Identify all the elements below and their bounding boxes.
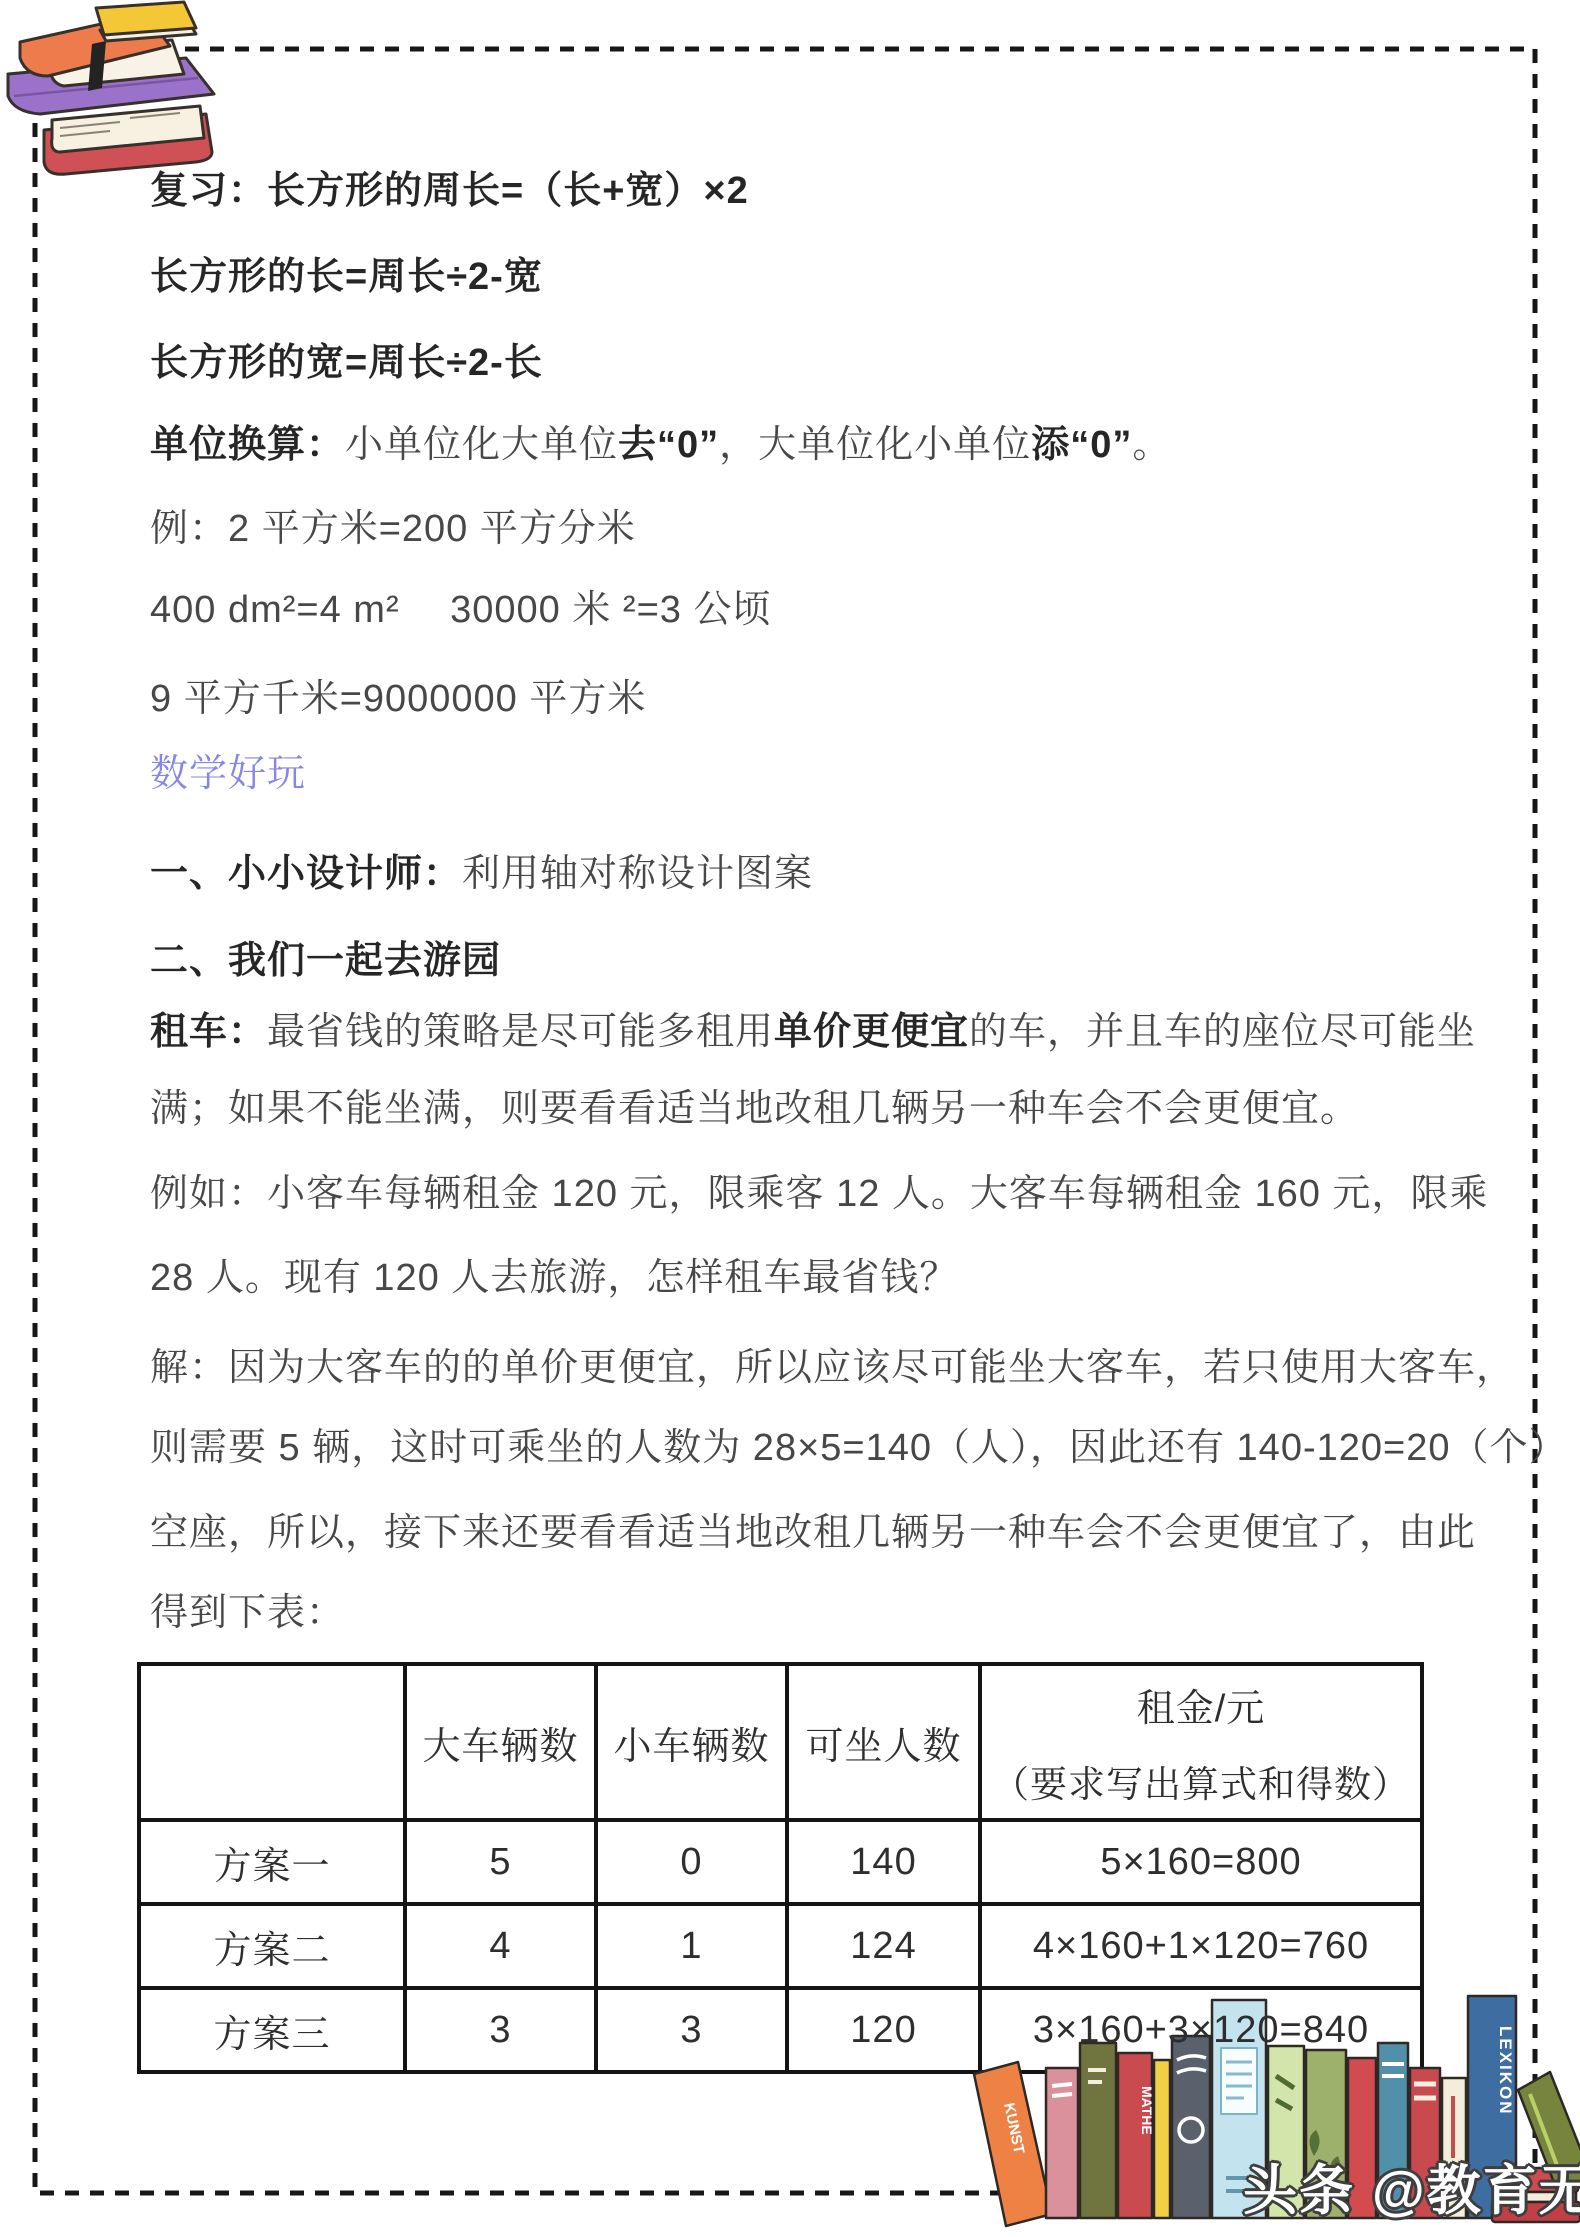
text-line: 解：因为大客车的的单价更便宜，所以应该尽可能坐大客车，若只使用大客车， [150,1344,1515,1392]
text-segment: 单价更便宜 [774,1011,969,1053]
text-line: 得到下表： [150,1589,345,1637]
text-segment: 例：2 平方米=200 平方分米 [150,508,636,550]
text-line: 例：2 平方米=200 平方分米 [150,505,636,553]
text-line: 例如：小客车每辆租金 120 元，限乘客 12 人。大客车每辆租金 160 元，… [150,1170,1488,1218]
text-line: 一、小小设计师：利用轴对称设计图案 [150,850,813,898]
book-spine-label-lexikon: LEXIKON [1496,2026,1515,2116]
text-segment: 400 dm²=4 m² 30000 米 ²=3 公顷 [150,589,771,631]
text-segment: 空座，所以，接下来还要看看适当地改租几辆另一种车会不会更便宜了，由此 [150,1512,1476,1554]
text-line: 空座，所以，接下来还要看看适当地改租几辆另一种车会不会更便宜了，由此 [150,1509,1476,1557]
document-page: 复习：长方形的周长=（长+宽）×2长方形的长=周长÷2-宽长方形的宽=周长÷2-… [0,0,1580,2237]
text-segment: 9 平方千米=9000000 平方米 [150,678,646,720]
text-line: 满；如果不能坐满，则要看看适当地改租几辆另一种车会不会更便宜。 [150,1085,1359,1133]
text-segment: 长方形的长=周长÷2-宽 [150,256,543,298]
text-segment: 例如：小客车每辆租金 120 元，限乘客 12 人。大客车每辆租金 160 元，… [150,1173,1488,1215]
text-line: 28 人。现有 120 人去旅游，怎样租车最省钱？ [150,1254,958,1302]
text-line: 则需要 5 辆，这时可乘坐的人数为 28×5=140（人），因此还有 140-1… [150,1424,1567,1472]
yellow-thin-book [1154,2060,1170,2218]
text-segment: 数学好玩 [150,753,306,795]
text-segment: 添“0” [1031,424,1132,466]
text-segment: 则需要 5 辆，这时可乘坐的人数为 28×5=140（人），因此还有 140-1… [150,1427,1567,1469]
red-mathe-book [1118,2053,1152,2218]
text-line: 数学好玩 [150,750,306,798]
text-segment: 最省钱的策略是尽可能多租用 [267,1011,774,1053]
text-segment: 。 [1132,424,1171,466]
text-line: 长方形的长=周长÷2-宽 [150,253,543,301]
text-segment: 小单位化大单位 [345,424,618,466]
text-line: 400 dm²=4 m² 30000 米 ²=3 公顷 [150,586,771,634]
yellow-book [96,2,196,35]
text-segment: 28 人。现有 120 人去旅游，怎样租车最省钱？ [150,1257,958,1299]
text-segment: 得到下表： [150,1592,345,1634]
text-line: 租车：最省钱的策略是尽可能多租用单价更便宜的车，并且车的座位尽可能坐 [150,1008,1476,1056]
text-segment: ，大单位化小单位 [719,424,1031,466]
watermark: 头条 @教育无垠 [1243,2148,1580,2225]
text-segment: 满；如果不能坐满，则要看看适当地改租几辆另一种车会不会更便宜。 [150,1088,1359,1130]
text-line: 二、我们一起去游园 [150,937,501,985]
text-segment: 解：因为大客车的的单价更便宜，所以应该尽可能坐大客车，若只使用大客车， [150,1347,1515,1389]
text-segment: 长方形的宽=周长÷2-长 [150,342,543,384]
pink-book [1046,2068,1078,2218]
text-line: 9 平方千米=9000000 平方米 [150,675,646,723]
book-stack-illustration [0,0,245,185]
cell-text: 3×160+3×120=840 [1033,2009,1369,2051]
text-segment: 租车： [150,1011,267,1053]
book-spine-label-mathe: MATHE [1139,2086,1155,2135]
text-line: 长方形的宽=周长÷2-长 [150,339,543,387]
text-segment: 单位换算： [150,424,345,466]
text-segment: 二、我们一起去游园 [150,940,501,982]
text-segment: 去“0” [618,424,719,466]
text-segment: 利用轴对称设计图案 [462,853,813,895]
document-lines: 复习：长方形的周长=（长+宽）×2长方形的长=周长÷2-宽长方形的宽=周长÷2-… [0,0,1580,2237]
text-line: 单位换算：小单位化大单位去“0”，大单位化小单位添“0”。 [150,421,1171,469]
text-segment: 的车，并且车的座位尽可能坐 [969,1011,1476,1053]
text-segment: 一、小小设计师： [150,853,462,895]
